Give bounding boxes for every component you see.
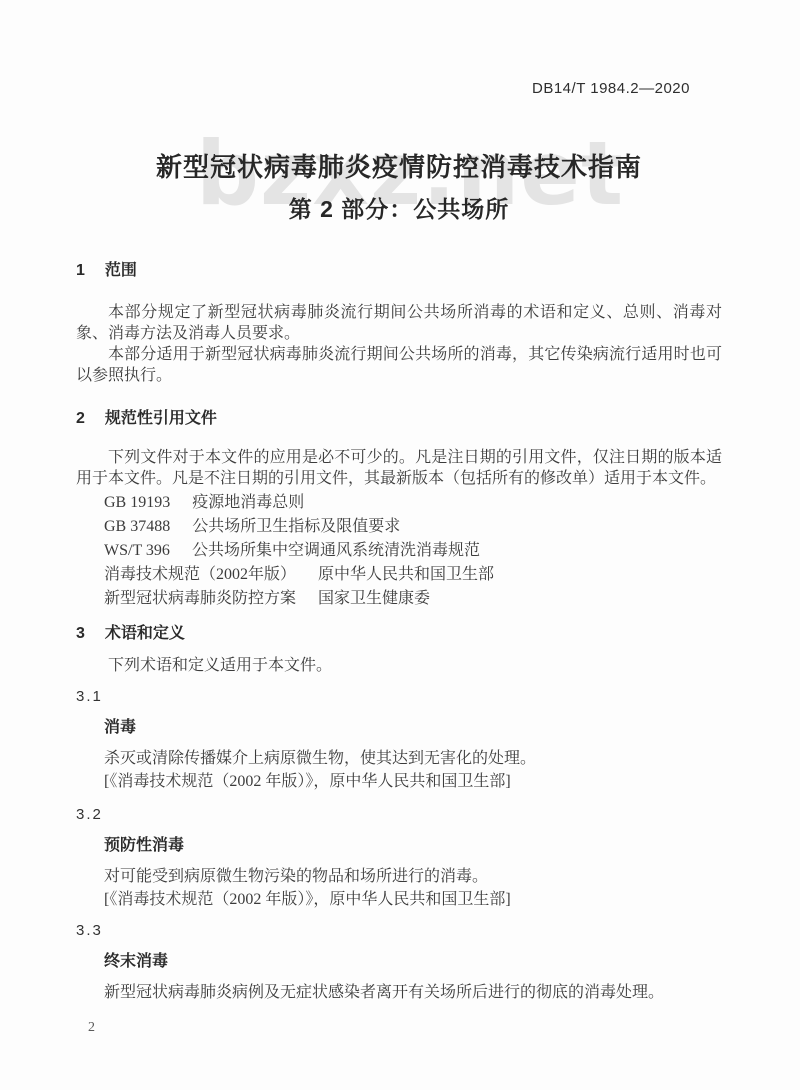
reference-title: 公共场所卫生指标及限值要求 [192, 518, 400, 535]
term-definition: 杀灭或清除传播媒介上病原微生物，使其达到无害化的处理。 [76, 748, 722, 769]
reference-title: 公共场所集中空调通风系统清洗消毒规范 [192, 542, 480, 559]
document-content: DB14/T 1984.2—2020 新型冠状病毒肺炎疫情防控消毒技术指南 第 … [0, 0, 800, 1003]
reference-item: 消毒技术规范（2002年版）原中华人民共和国卫生部 [104, 563, 722, 587]
term-number: 3.2 [76, 804, 722, 825]
reference-title: 原中华人民共和国卫生部 [318, 566, 494, 583]
section-3-paragraph-1: 下列术语和定义适用于本文件。 [76, 655, 722, 676]
reference-item: 新型冠状病毒肺炎防控方案国家卫生健康委 [104, 587, 722, 611]
term-block-3-2: 3.2 预防性消毒 对可能受到病原微生物污染的物品和场所进行的消毒。 [《消毒技… [76, 804, 722, 910]
term-number: 3.3 [76, 920, 722, 941]
reference-code: 消毒技术规范（2002年版） [104, 563, 296, 587]
section-3-heading: 3术语和定义 [76, 623, 722, 645]
term-definition: 新型冠状病毒肺炎病例及无症状感染者离开有关场所后进行的彻底的消毒处理。 [76, 982, 722, 1003]
section-2-heading: 2规范性引用文件 [76, 408, 722, 430]
title-block: 新型冠状病毒肺炎疫情防控消毒技术指南 第 2 部分：公共场所 [76, 150, 722, 226]
section-2-paragraph-1: 下列文件对于本文件的应用是必不可少的。凡是注日期的引用文件，仅注日期的版本适用于… [76, 447, 722, 489]
section-2-number: 2 [76, 408, 85, 430]
term-definition: 对可能受到病原微生物污染的物品和场所进行的消毒。 [76, 866, 722, 887]
reference-code: WS/T 396 [104, 539, 170, 563]
term-block-3-1: 3.1 消毒 杀灭或清除传播媒介上病原微生物，使其达到无害化的处理。 [《消毒技… [76, 686, 722, 792]
normative-references-list: GB 19193疫源地消毒总则 GB 37488公共场所卫生指标及限值要求 WS… [76, 491, 722, 611]
section-1-paragraph-2: 本部分适用于新型冠状病毒肺炎流行期间公共场所的消毒，其它传染病流行适用时也可以参… [76, 344, 722, 386]
doc-number: DB14/T 1984.2—2020 [76, 80, 722, 98]
page-number: 2 [88, 1020, 95, 1036]
section-3-number: 3 [76, 623, 85, 645]
section-2-title: 规范性引用文件 [105, 410, 217, 427]
term-source: [《消毒技术规范（2002 年版）》，原中华人民共和国卫生部] [76, 889, 722, 910]
section-1-title: 范围 [105, 262, 137, 279]
reference-item: GB 37488公共场所卫生指标及限值要求 [104, 515, 722, 539]
term-block-3-3: 3.3 终末消毒 新型冠状病毒肺炎病例及无症状感染者离开有关场所后进行的彻底的消… [76, 920, 722, 1003]
term-name: 消毒 [76, 717, 722, 738]
reference-item: WS/T 396公共场所集中空调通风系统清洗消毒规范 [104, 539, 722, 563]
reference-code: GB 37488 [104, 515, 170, 539]
reference-title: 疫源地消毒总则 [192, 494, 304, 511]
section-1-heading: 1范围 [76, 260, 722, 282]
section-1-paragraph-1: 本部分规定了新型冠状病毒肺炎流行期间公共场所消毒的术语和定义、总则、消毒对象、消… [76, 302, 722, 344]
section-3-title: 术语和定义 [105, 625, 185, 642]
term-name: 终末消毒 [76, 951, 722, 972]
document-page: bzxz.net DB14/T 1984.2—2020 新型冠状病毒肺炎疫情防控… [0, 0, 800, 1090]
reference-code: 新型冠状病毒肺炎防控方案 [104, 587, 296, 611]
document-title: 新型冠状病毒肺炎疫情防控消毒技术指南 [76, 150, 722, 184]
term-number: 3.1 [76, 686, 722, 707]
reference-item: GB 19193疫源地消毒总则 [104, 491, 722, 515]
term-source: [《消毒技术规范（2002 年版）》，原中华人民共和国卫生部] [76, 771, 722, 792]
term-name: 预防性消毒 [76, 835, 722, 856]
reference-title: 国家卫生健康委 [318, 590, 430, 607]
document-subtitle: 第 2 部分：公共场所 [76, 192, 722, 226]
reference-code: GB 19193 [104, 491, 170, 515]
section-1-number: 1 [76, 260, 85, 282]
